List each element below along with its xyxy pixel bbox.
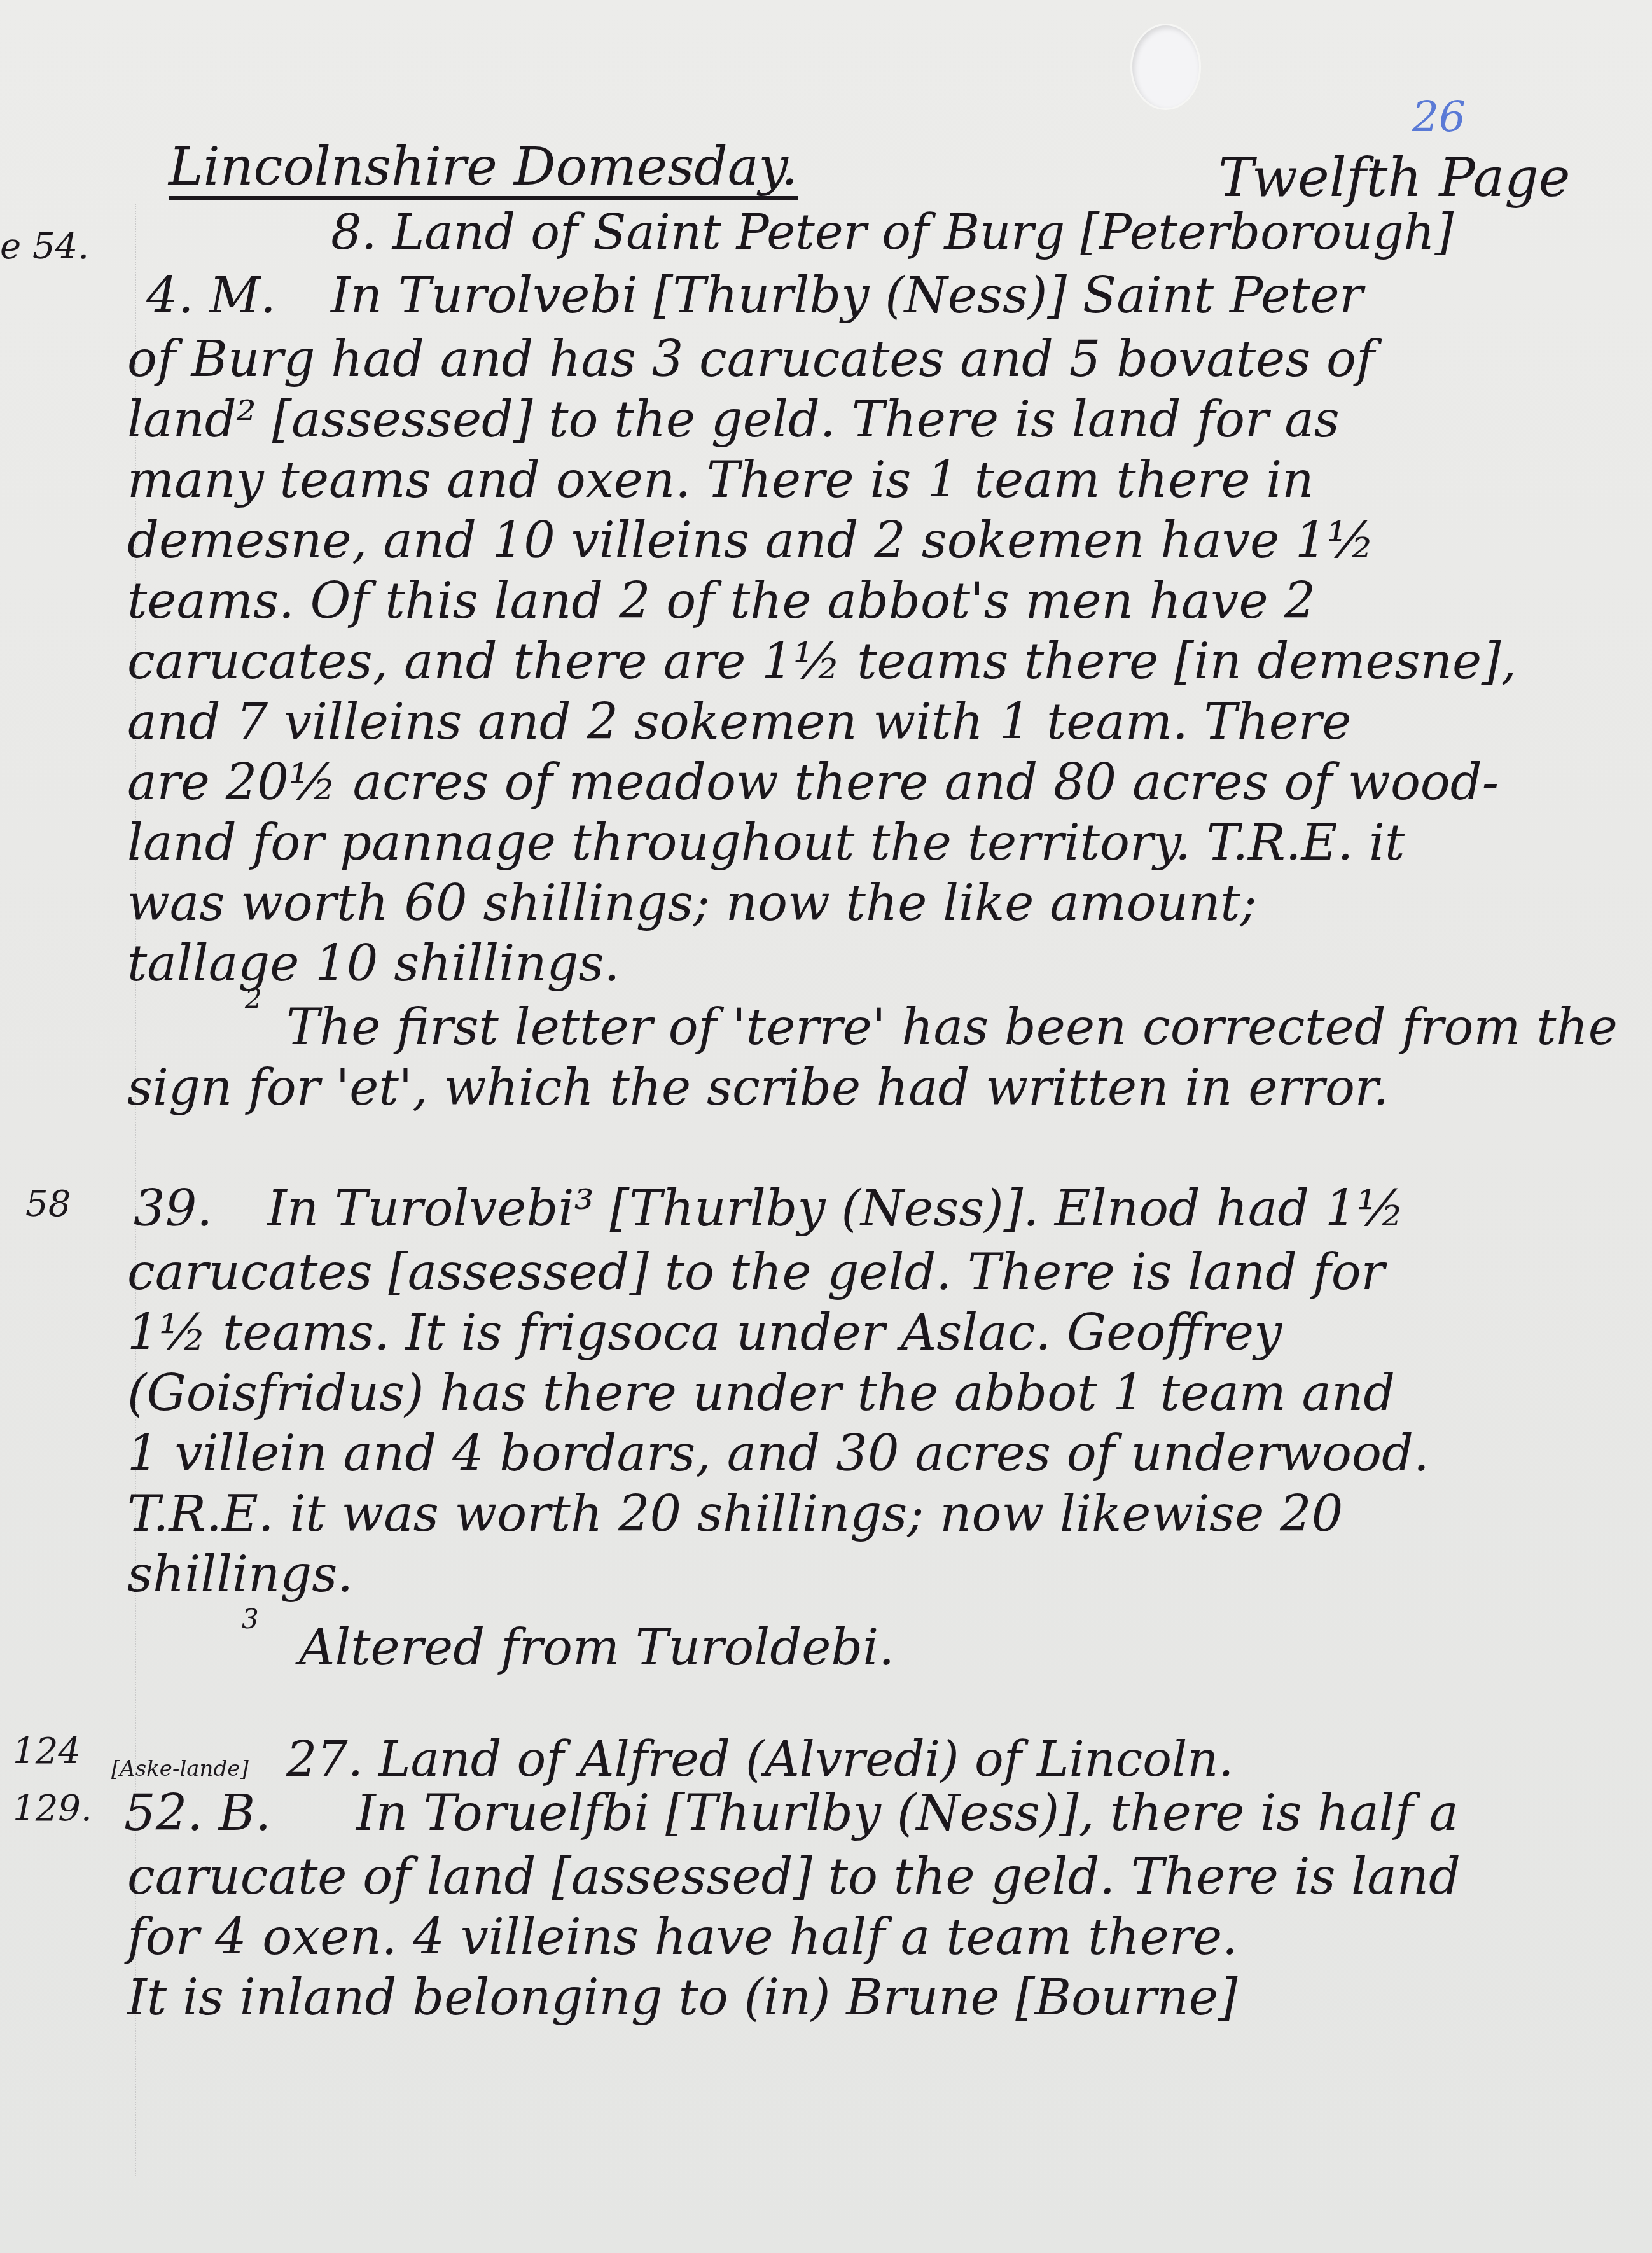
entry-line: are 20½ acres of meadow there and 80 acr… bbox=[127, 754, 1499, 811]
entry-line: for 4 oxen. 4 villeins have half a team … bbox=[127, 1909, 1238, 1966]
entry-number: 4. M. bbox=[146, 267, 276, 324]
entry-line: many teams and oxen. There is 1 team the… bbox=[127, 452, 1314, 509]
document-title: Lincolnshire Domesday. bbox=[169, 137, 798, 197]
entry-line: teams. Of this land 2 of the abbot's men… bbox=[127, 573, 1315, 630]
entry-line: carucates, and there are 1½ teams there … bbox=[127, 633, 1517, 690]
entry-line: tallage 10 shillings. bbox=[127, 935, 620, 993]
footnote-marker: 2 bbox=[245, 983, 262, 1014]
footnote-line: The first letter of 'terre' has been cor… bbox=[286, 999, 1618, 1056]
entry-line: and 7 villeins and 2 sokemen with 1 team… bbox=[127, 694, 1351, 751]
margin-reference-2: 129. bbox=[13, 1788, 92, 1829]
entry-line: 1 villein and 4 bordars, and 30 acres of… bbox=[127, 1425, 1429, 1482]
entry-line: land² [assessed] to the geld. There is l… bbox=[127, 391, 1340, 449]
section-heading: 27. Land of Alfred (Alvredi) of Lincoln. bbox=[286, 1731, 1233, 1787]
entry-line: of Burg had and has 3 carucates and 5 bo… bbox=[127, 331, 1375, 388]
entry-line: (Goisfridus) has there under the abbot 1… bbox=[127, 1365, 1395, 1422]
entry-line: demesne, and 10 villeins and 2 sokemen h… bbox=[127, 512, 1375, 569]
footnote-line: sign for 'et', which the scribe had writ… bbox=[127, 1059, 1389, 1117]
entry-line: shillings. bbox=[127, 1546, 353, 1603]
entry-line: 1½ teams. It is frigsoca under Aslac. Ge… bbox=[127, 1304, 1282, 1362]
margin-reference: 124 bbox=[13, 1731, 81, 1772]
entry-line: land for pannage throughout the territor… bbox=[127, 814, 1405, 872]
punch-hole bbox=[1132, 25, 1199, 108]
margin-reference: 58 bbox=[25, 1183, 71, 1225]
entry-line: was worth 60 shillings; now the like amo… bbox=[127, 875, 1257, 932]
entry-line: T.R.E. it was worth 20 shillings; now li… bbox=[127, 1486, 1343, 1543]
margin-note-small: [Aske-lande] bbox=[111, 1756, 249, 1782]
entry-line: In Toruelfbi [Thurlby (Ness)], there is … bbox=[356, 1785, 1459, 1842]
entry-line: It is inland belonging to (in) Brune [Bo… bbox=[127, 1969, 1237, 2026]
manuscript-page: 26 Lincolnshire Domesday. Twelfth Page e… bbox=[0, 0, 1652, 2253]
entry-number: 39. bbox=[134, 1180, 212, 1238]
footnote-marker: 3 bbox=[242, 1603, 259, 1635]
footnote-line: Altered from Turoldebi. bbox=[299, 1619, 894, 1677]
section-heading: 8. Land of Saint Peter of Burg [Peterbor… bbox=[331, 204, 1454, 260]
margin-reference: e 54. bbox=[0, 226, 89, 267]
entry-number: 52. B. bbox=[124, 1785, 271, 1842]
entry-line: In Turolvebi³ [Thurlby (Ness)]. Elnod ha… bbox=[267, 1180, 1405, 1238]
page-label: Twelfth Page bbox=[1218, 146, 1570, 209]
entry-line: carucate of land [assessed] to the geld.… bbox=[127, 1848, 1461, 1906]
folio-number: 26 bbox=[1412, 92, 1466, 141]
entry-line: In Turolvebi [Thurlby (Ness)] Saint Pete… bbox=[331, 267, 1363, 324]
entry-line: carucates [assessed] to the geld. There … bbox=[127, 1244, 1385, 1301]
